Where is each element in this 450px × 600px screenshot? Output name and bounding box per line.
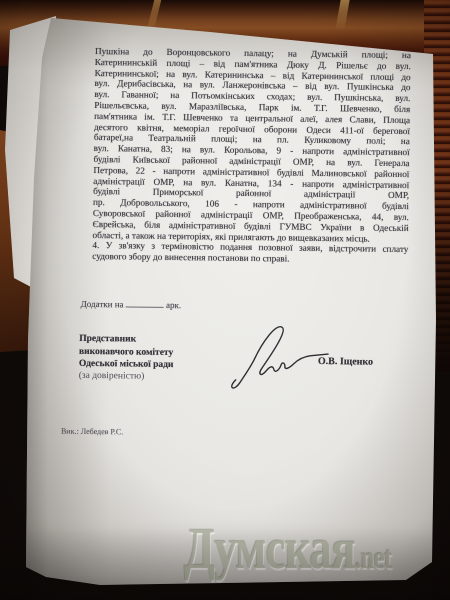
executor-note: Вик.: Лебедев Р.С. [61,427,123,437]
attachments-prefix: Додатки на [81,299,124,310]
document-body-text: Пушкіна до Воронцовського палацу; на Дум… [92,46,411,266]
watermark-tld: .net [355,539,391,575]
watermark: Думская.net [184,519,391,587]
photo-of-document: Пушкіна до Воронцовського палацу; на Дум… [0,0,450,600]
attachments-suffix: арк. [166,300,181,310]
attachments-line: Додатки на ______ арк. [81,299,182,310]
watermark-brand: Думская [184,516,355,581]
document-content: Пушкіна до Воронцовського палацу; на Дум… [0,0,450,600]
signer-name: О.В. Іщенко [318,356,373,368]
attachments-blank-line: ______ [126,299,164,307]
signature-note: (за довіреністю) [79,371,145,382]
